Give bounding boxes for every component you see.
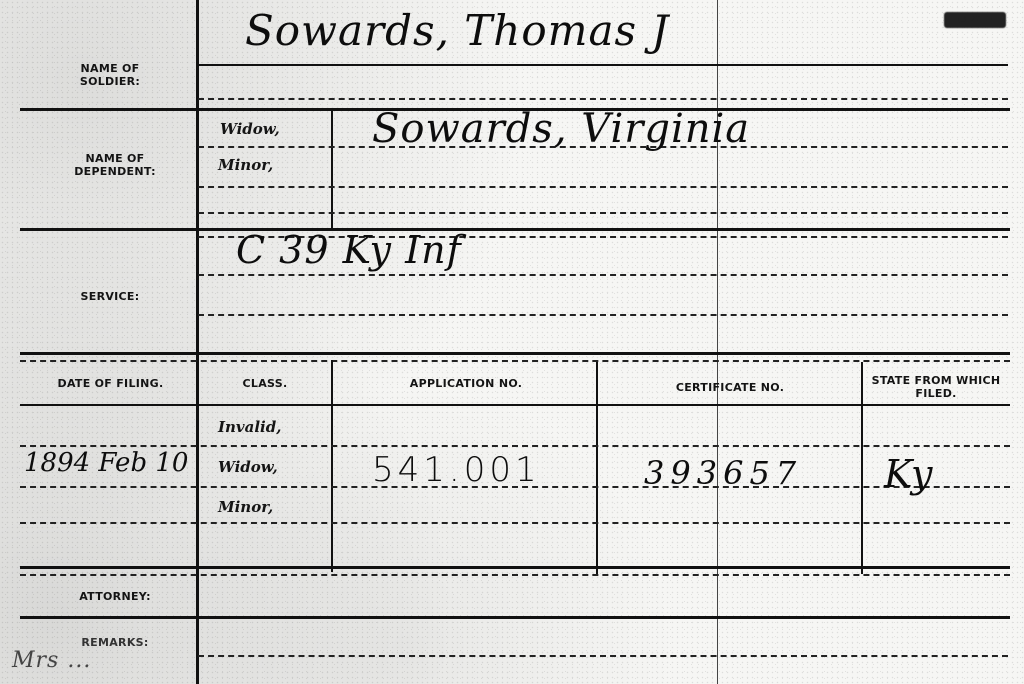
remarks-dash-rule xyxy=(198,655,1008,657)
margin-scrawl: Mrs ... xyxy=(12,648,91,673)
certificate-no-value: 393657 xyxy=(644,454,802,492)
scan-artifact-line xyxy=(717,0,718,684)
service-label: SERVICE: xyxy=(50,290,170,303)
soldier-name-value: Sowards, Thomas J xyxy=(245,6,669,55)
dependent-dash-rule-2 xyxy=(198,186,1008,188)
certificate-no-header: CERTIFICATE NO. xyxy=(600,381,860,394)
name-of-soldier-label: NAME OF SOLDIER: xyxy=(50,62,170,88)
dependent-dash-rule-3 xyxy=(198,212,1008,214)
class-header: CLASS. xyxy=(200,377,330,390)
service-value: C 39 Ky Inf xyxy=(236,228,462,272)
state-value: Ky xyxy=(884,452,933,496)
application-no-header: APPLICATION NO. xyxy=(336,377,596,390)
section-dash-rule-4b xyxy=(20,574,1010,576)
form-code-stamp: (3-22-?) xyxy=(944,12,1006,28)
class-option-invalid: Invalid, xyxy=(218,418,281,436)
section-rule-5 xyxy=(20,616,1010,619)
soldier-rule xyxy=(198,64,1008,66)
section-rule-2 xyxy=(20,228,1010,231)
section-rule-4 xyxy=(20,566,1010,569)
dependent-type-widow: Widow, xyxy=(220,120,280,138)
section-rule-3 xyxy=(20,352,1010,355)
service-dash-rule-2 xyxy=(198,274,1008,276)
scan-noise xyxy=(0,0,1024,684)
table-dash-rule-3 xyxy=(20,522,1010,524)
table-dash-rule-1 xyxy=(20,445,1010,447)
pension-index-card: (3-22-?) NAME OF SOLDIER: Sowards, Thoma… xyxy=(0,0,1024,684)
date-of-filing-value: 1894 Feb 10 xyxy=(24,448,188,478)
date-of-filing-header: DATE OF FILING. xyxy=(28,377,193,390)
application-no-value: 541.001 xyxy=(372,450,541,490)
attorney-label: ATTORNEY: xyxy=(50,590,180,603)
class-col-divider xyxy=(331,360,333,572)
class-option-minor: Minor, xyxy=(218,498,273,516)
dependent-name-value: Sowards, Virginia xyxy=(372,106,750,152)
dependent-type-divider xyxy=(331,110,333,228)
application-col-divider xyxy=(596,362,598,574)
table-header-rule xyxy=(20,404,1010,406)
service-dash-rule-3 xyxy=(198,314,1008,316)
dependent-type-minor: Minor, xyxy=(218,156,273,174)
state-from-which-filed-header: STATE FROM WHICH FILED. xyxy=(868,374,1004,400)
soldier-dash-rule xyxy=(198,98,1008,100)
label-column-divider xyxy=(196,0,199,684)
certificate-col-divider xyxy=(861,362,863,574)
name-of-dependent-label: NAME OF DEPENDENT: xyxy=(45,152,185,178)
class-option-widow: Widow, xyxy=(218,458,278,476)
